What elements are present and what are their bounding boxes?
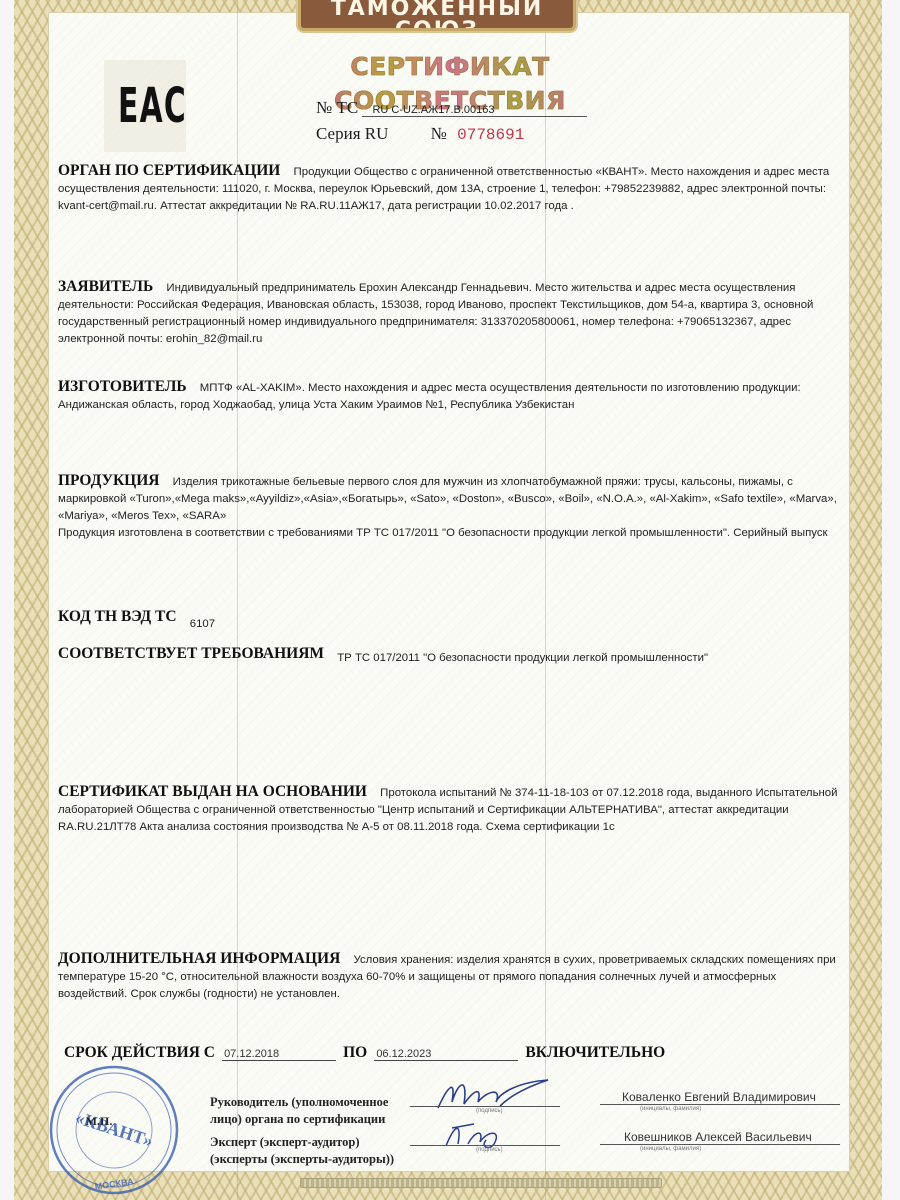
validity-to-date: 06.12.2023 <box>374 1048 518 1061</box>
section-label: ИЗГОТОВИТЕЛЬ <box>58 378 187 395</box>
customs-union-banner: ТАМОЖЕННЫЙ СОЮЗ <box>298 0 576 31</box>
eac-logo: EAC <box>118 80 187 132</box>
section-text-2: Продукция изготовлена в соответствии с т… <box>58 527 828 539</box>
series-row: Серия RU № 0778691 <box>316 124 524 144</box>
section-label: СООТВЕТСТВУЕТ ТРЕБОВАНИЯМ <box>58 645 324 662</box>
section-basis: СЕРТИФИКАТ ВЫДАН НА ОСНОВАНИИ Протокола … <box>58 783 840 836</box>
tc-number: RU C-UZ.АЖ17.В.00163 <box>362 104 587 117</box>
printer-imprint-strip <box>300 1178 662 1188</box>
section-additional: ДОПОЛНИТЕЛЬНАЯ ИНФОРМАЦИЯ Условия хранен… <box>58 950 840 1003</box>
tc-label: № ТС <box>316 98 358 117</box>
expert-label: Эксперт (эксперт-аудитор) (эксперты (экс… <box>210 1134 394 1168</box>
section-text: Изделия трикотажные бельевые первого сло… <box>58 476 837 522</box>
tc-number-row: № ТС RU C-UZ.АЖ17.В.00163 <box>316 98 587 118</box>
validity-row: СРОК ДЕЙСТВИЯ С 07.12.2018 ПО 06.12.2023… <box>64 1044 669 1062</box>
section-label: ЗАЯВИТЕЛЬ <box>58 278 153 295</box>
head-signature-line <box>410 1106 560 1107</box>
name-caption: (инициалы, фамилия) <box>640 1146 701 1152</box>
expert-name-line <box>600 1144 840 1145</box>
head-name-line <box>600 1104 840 1105</box>
signature-caption: (подпись) <box>476 1147 503 1153</box>
section-applicant: ЗАЯВИТЕЛЬ Индивидуальный предприниматель… <box>58 278 840 348</box>
section-text: ТР ТС 017/2011 "О безопасности продукции… <box>337 652 708 664</box>
name-caption: (инициалы, фамилия) <box>640 1106 701 1112</box>
series-label: Серия RU <box>316 124 388 143</box>
series-no-label: № <box>431 124 447 143</box>
stamp-mp: М.П. <box>86 1114 113 1128</box>
expert-name: Ковешников Алексей Васильевич <box>624 1130 812 1144</box>
section-cert-body: ОРГАН ПО СЕРТИФИКАЦИИ Продукции Общество… <box>58 162 840 215</box>
series-number: 0778691 <box>457 126 524 144</box>
section-label: КОД ТН ВЭД ТС <box>58 608 177 625</box>
head-label: Руководитель (уполномоченное лицо) орган… <box>210 1094 388 1128</box>
section-label: ОРГАН ПО СЕРТИФИКАЦИИ <box>58 162 280 179</box>
expert-signature-line <box>410 1145 560 1146</box>
section-conforms: СООТВЕТСТВУЕТ ТРЕБОВАНИЯМ ТР ТС 017/2011… <box>58 645 840 664</box>
signature-caption: (подпись) <box>476 1108 503 1114</box>
section-label: ДОПОЛНИТЕЛЬНАЯ ИНФОРМАЦИЯ <box>58 950 340 967</box>
section-label: ПРОДУКЦИЯ <box>58 472 160 489</box>
validity-from-date: 07.12.2018 <box>222 1048 336 1061</box>
stamp-city: МОСКВА <box>94 1176 135 1191</box>
validity-to-label: ПО <box>343 1044 367 1061</box>
stamp-seal-icon: «КВАНТ» М.П. МОСКВА <box>47 1063 181 1197</box>
validity-from-label: СРОК ДЕЙСТВИЯ С <box>64 1044 215 1061</box>
section-text: Индивидуальный предприниматель Ерохин Ал… <box>58 282 813 345</box>
hs-code-value: 6107 <box>190 618 215 630</box>
validity-inclusive-label: ВКЛЮЧИТЕЛЬНО <box>525 1044 665 1061</box>
head-name: Коваленко Евгений Владимирович <box>622 1090 816 1104</box>
section-label: СЕРТИФИКАТ ВЫДАН НА ОСНОВАНИИ <box>58 783 367 800</box>
section-product: ПРОДУКЦИЯ Изделия трикотажные бельевые п… <box>58 472 840 542</box>
section-hs-code: КОД ТН ВЭД ТС 6107 <box>58 608 840 627</box>
section-manufacturer: ИЗГОТОВИТЕЛЬ МПТФ «AL-XAKIM». Место нахо… <box>58 378 840 414</box>
